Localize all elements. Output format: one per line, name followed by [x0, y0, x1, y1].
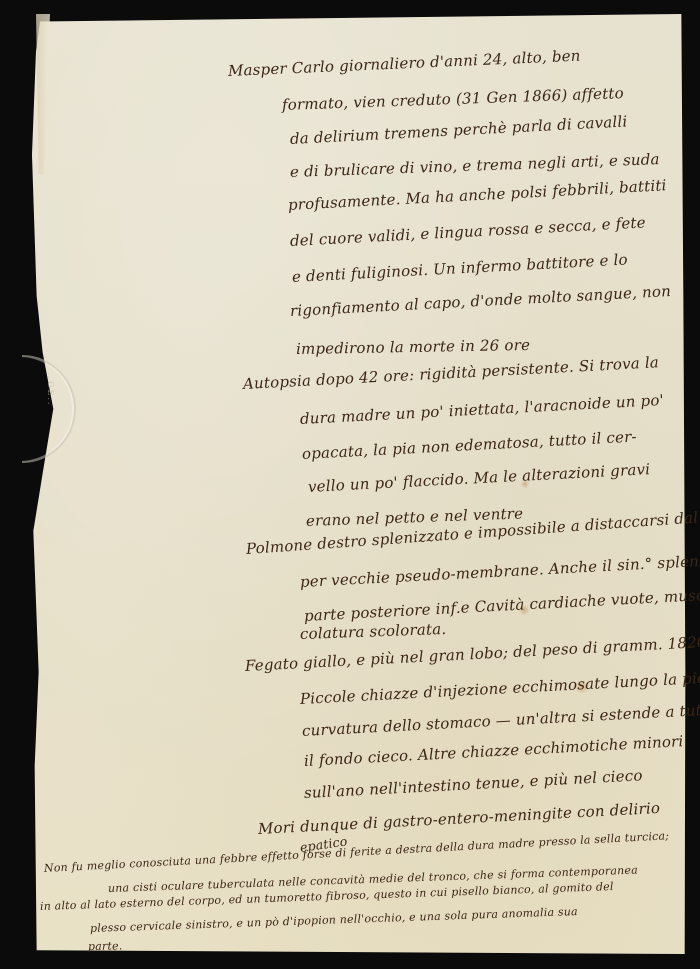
manuscript-line: parte. — [88, 939, 123, 953]
stamp-text: ..GE.. — [46, 372, 55, 406]
